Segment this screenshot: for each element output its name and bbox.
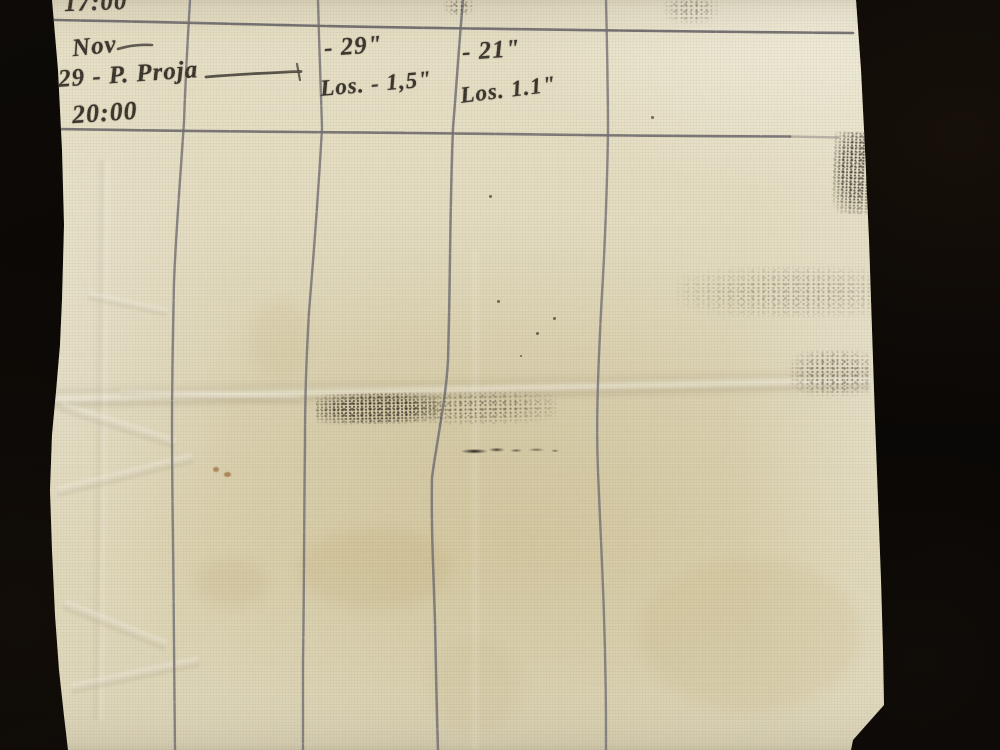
paper-note: 17:00 Nov 29 - P. Proja 20:00 - 29" Los.… [0, 0, 1000, 750]
photo-of-handwritten-note: 17:00 Nov 29 - P. Proja 20:00 - 29" Los.… [0, 0, 1000, 750]
paper-speck [489, 195, 492, 198]
time-entry-main: 20:00 [71, 98, 138, 129]
smudge-right-faint [676, 266, 871, 318]
paper-speck [651, 116, 654, 119]
time-entry-top: 17:00 [64, 0, 128, 16]
pencil-hline-top [54, 20, 853, 33]
pencil-hline-bottom-tail [790, 137, 838, 138]
month-entry: Nov [71, 32, 118, 62]
ink-smear-dash [458, 443, 560, 458]
pencil-hline-bottom [54, 129, 790, 137]
paper-speck [536, 332, 539, 335]
smudge-right-faint [790, 350, 870, 396]
pencil-vline-3 [432, 0, 463, 750]
smudge-top [664, 0, 718, 24]
rust-spot [213, 467, 219, 472]
paper-speck [553, 317, 556, 320]
rust-spot [224, 472, 231, 477]
dash-mark [206, 72, 301, 78]
smudge-top-line3 [444, 0, 474, 16]
ink-smudge-band [428, 390, 557, 425]
pencil-vline-2 [303, 0, 322, 750]
ink-smudge-band [316, 392, 439, 425]
pencil-vline-4 [597, 0, 608, 750]
paper-speck [520, 355, 522, 357]
reading-1-value: - 29" [323, 32, 383, 61]
paper-speck [497, 300, 500, 303]
nov-flourish [118, 45, 152, 49]
pencil-vline-1 [172, 0, 190, 750]
reading-2-value: - 21" [461, 36, 521, 65]
dash-mark-tick [297, 64, 300, 80]
